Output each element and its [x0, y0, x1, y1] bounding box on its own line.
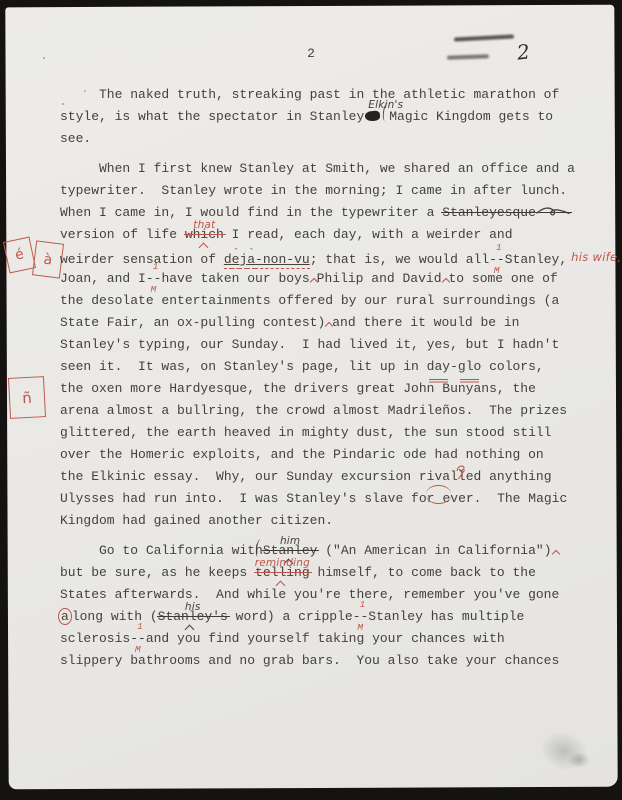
em-dash-proof-mark: --1M	[489, 249, 505, 271]
typed-text: the oxen more Hardyesque, the drivers gr…	[60, 381, 536, 396]
text-line: The naked truth, streaking past in the a…	[60, 84, 590, 106]
pencil-smudge	[568, 752, 590, 768]
comma-insert-mark	[552, 541, 559, 554]
one-em-mark-below: M	[151, 279, 157, 301]
replacement-label: him	[280, 530, 300, 552]
text-line: the oxen more Hardyesque, the drivers gr…	[60, 378, 590, 400]
text-line: States afterwards. And while you're ther…	[60, 584, 590, 606]
one-em-mark-above: 1	[137, 616, 142, 638]
paragraph: The naked truth, streaking past in the a…	[60, 84, 590, 150]
one-em-mark-below: M	[135, 639, 141, 661]
close-up-mark	[434, 489, 442, 502]
text-line: version of life whichthat I read, each d…	[60, 224, 590, 246]
typed-text: and there it would be in	[332, 315, 519, 330]
typed-text: typewriter. Stanley wrote in the morning…	[60, 183, 567, 198]
typed-text: sclerosis	[60, 631, 130, 646]
typed-text: the desolate entertainments offered by o…	[60, 293, 559, 308]
typed-text: word) a cripple	[228, 609, 353, 624]
typed-text: the Elkinic essay. Why, our Sunday excur…	[60, 469, 458, 484]
triple-underline-icon	[460, 379, 479, 380]
scanned-manuscript-page: 2 2 é à ñ The naked truth, streaking pas…	[0, 0, 622, 800]
typed-text: Joan, and I	[60, 271, 146, 286]
typed-text: State Fair, an ox-pulling contest)	[60, 315, 325, 330]
typed-text: Stanley has multiple	[368, 609, 524, 624]
insertion-above: Elkin's	[382, 107, 389, 120]
typed-text: ; that is, we would all	[310, 252, 489, 267]
typed-text: Magic Kingdom gets to	[389, 109, 553, 124]
struck-text: tellingreminding	[255, 565, 310, 580]
typed-text: colors,	[481, 359, 543, 374]
paragraph: When I first knew Stanley at Smith, we s…	[60, 158, 590, 532]
accented-letter: e´	[232, 252, 240, 269]
one-em-mark-below: M	[357, 617, 363, 639]
paragraph: Go to California withStanleyhim ("An Ame…	[60, 540, 590, 672]
text-line: Go to California withStanleyhim ("An Ame…	[60, 540, 590, 562]
one-em-mark-below: M	[494, 260, 500, 282]
underlined-text: d	[224, 252, 232, 269]
one-em-mark-above: 1	[153, 256, 158, 278]
typed-text: himself, to come back to the	[310, 565, 536, 580]
typed-text: Ulysses had run into. I was Stanley's sl…	[60, 491, 434, 506]
comma-insert-mark	[325, 313, 332, 326]
replacement-label: that	[193, 214, 215, 236]
text-line: glittered, the earth heaved in mighty du…	[60, 422, 590, 444]
typed-text: When I first knew Stanley at Smith, we s…	[60, 161, 575, 176]
struck-text: Stanley'shis	[158, 609, 228, 624]
typed-text: Philip and David	[317, 271, 442, 286]
typed-text: Stanley,	[505, 252, 567, 267]
text-line: Kingdom had gained another citizen.	[60, 510, 590, 532]
slashed-letter: l	[458, 469, 466, 484]
text-line: see.	[60, 128, 590, 150]
text-line: weirder sensation of de´ja`-non-vu; that…	[60, 246, 590, 268]
typed-text: States afterwards. And while you're ther…	[60, 587, 559, 602]
comma-insert-mark	[310, 269, 317, 282]
typed-text: version of life	[60, 227, 185, 242]
typed-text: style, is what the spectator in Stanley	[60, 109, 364, 124]
text-line: Ulysses had run into. I was Stanley's sl…	[60, 488, 590, 510]
typed-text: and you find yourself taking your chance…	[146, 631, 505, 646]
struck-text: Stanleyesque	[442, 205, 570, 220]
circled-letter: a	[58, 608, 72, 625]
accented-letter: a`	[247, 252, 255, 269]
text-line: arena almost a bullring, the crowd almos…	[60, 400, 590, 422]
text-line: When I came in, I would find in the type…	[60, 202, 590, 224]
typed-text: long with (	[72, 609, 158, 624]
typed-text: -	[450, 359, 458, 374]
struck-text: whichthat	[185, 227, 224, 242]
text-line: Joan, and I--1Mhave taken our boysPhilip…	[60, 268, 590, 290]
deleatur-loop-icon	[536, 203, 570, 216]
accent-mark: `	[248, 243, 255, 265]
typed-text: glittered, the earth heaved in mighty du…	[60, 425, 551, 440]
text-line: State Fair, an ox-pulling contest)and th…	[60, 312, 590, 334]
text-line: When I first knew Stanley at Smith, we s…	[60, 158, 590, 180]
margin-mark-label: ñ	[22, 388, 32, 406]
replacement-label: reminding	[255, 552, 310, 574]
typed-text: but be sure, as he keeps	[60, 565, 255, 580]
typed-text: arena almost a bullring, the crowd almos…	[60, 403, 567, 418]
typed-text: Go to California with	[60, 543, 263, 558]
underlined-text: -non-vu	[255, 252, 310, 269]
handwritten-margin-insertion: his wife,	[571, 250, 622, 264]
typed-text: ever. The Magic	[442, 491, 567, 506]
margin-mark-n-tilde: ñ	[8, 376, 46, 419]
triple-underlined-word: day	[427, 359, 450, 374]
typed-text: Stanley's typing, our Sunday. I had live…	[60, 337, 559, 352]
margin-mark-label: à	[43, 251, 53, 268]
caret-icon	[551, 550, 559, 558]
typescript-body: The naked truth, streaking past in the a…	[60, 84, 590, 672]
comma-insert-mark	[442, 269, 449, 282]
text-line: the desolate entertainments offered by o…	[60, 290, 590, 312]
text-line: over the Homeric exploits, and the Pinda…	[60, 444, 590, 466]
handwritten-page-number: 2	[516, 39, 531, 64]
typed-text: see.	[60, 131, 91, 146]
text-line: the Elkinic essay. Why, our Sunday excur…	[60, 466, 590, 488]
typed-text: over the Homeric exploits, and the Pinda…	[60, 447, 544, 462]
typed-text: weirder sensation of	[60, 252, 224, 267]
typed-text: have taken our boys	[161, 271, 309, 286]
typed-text: I read, each day, with a weirder and	[224, 227, 513, 242]
text-line: Stanley's typing, our Sunday. I had live…	[60, 334, 590, 356]
margin-mark-label: é	[14, 246, 26, 263]
text-line: typewriter. Stanley wrote in the morning…	[60, 180, 590, 202]
typed-text: Kingdom had gained another citizen.	[60, 513, 333, 528]
typed-text: ("An American in California")	[317, 543, 551, 558]
text-line: but be sure, as he keeps tellingremindin…	[60, 562, 590, 584]
em-dash-proof-mark: --1M	[130, 628, 146, 650]
em-dash-proof-mark: --1M	[353, 606, 369, 628]
triple-underlined-word: glo	[458, 359, 481, 374]
typed-text: seen it. It was, on Stanley's page, lit …	[60, 359, 427, 374]
typed-text: When I came in, I would find in the type…	[60, 205, 442, 220]
replacement-label: his	[185, 596, 201, 618]
typed-text: The naked truth, streaking past in the a…	[60, 87, 559, 102]
typed-text: ed anything	[466, 469, 552, 484]
typed-text: to some one of	[449, 271, 558, 286]
em-dash-proof-mark: --1M	[146, 268, 162, 290]
one-em-mark-above: 1	[496, 237, 501, 259]
text-line: seen it. It was, on Stanley's page, lit …	[60, 356, 590, 378]
accent-mark: ´	[233, 243, 240, 265]
triple-underline-icon	[429, 379, 448, 380]
text-line: sclerosis--1Mand you find yourself takin…	[60, 628, 590, 650]
one-em-mark-above: 1	[360, 594, 365, 616]
delete-curl-icon	[456, 459, 466, 468]
text-line: style, is what the spectator in StanleyE…	[60, 106, 590, 128]
